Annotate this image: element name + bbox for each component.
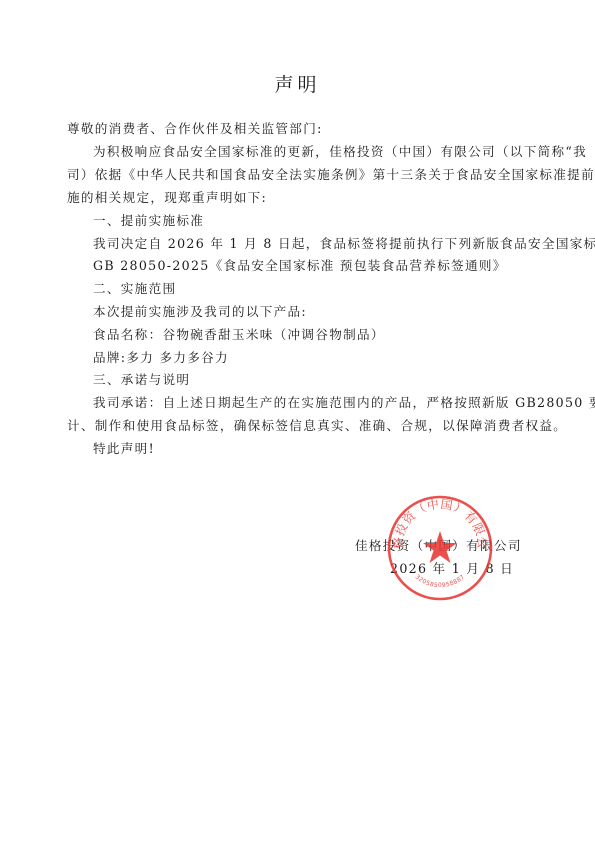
intro-line-3: 施的相关规定，现郑重声明如下: [67, 190, 537, 206]
section-1-heading: 一、提前实施标准 [93, 213, 563, 229]
section-1-line-1: 我司决定自 2026 年 1 月 8 日起，食品标签将提前执行下列新版食品安全国… [93, 236, 563, 252]
section-2-line-1: 本次提前实施涉及我司的以下产品: [93, 304, 563, 320]
section-2-line-2: 食品名称：谷物碗香甜玉米味（冲调谷物制品） [93, 327, 563, 343]
salutation: 尊敬的消费者、合作伙伴及相关监管部门: [67, 121, 537, 137]
svg-text:3205850958887: 3205850958887 [414, 573, 467, 589]
intro-line-2: 司）依据《中华人民共和国食品安全法实施条例》第十三条关于食品安全国家标准提前实 [67, 167, 537, 183]
closing: 特此声明! [93, 441, 563, 457]
section-3-heading: 三、承诺与说明 [93, 372, 563, 388]
section-2-line-3: 品牌:多力 多力多谷力 [93, 350, 563, 366]
company-seal-icon: 佳格投资（中国）有限公司 3205850958887 [385, 493, 495, 603]
section-3-line-1: 我司承诺：自上述日期起生产的在实施范围内的产品，严格按照新版 GB28050 要… [93, 395, 563, 411]
document-title: 声明 [0, 70, 595, 97]
section-2-heading: 二、实施范围 [93, 281, 563, 297]
section-3-line-2: 计、制作和使用食品标签，确保标签信息真实、准确、合规，以保障消费者权益。 [67, 418, 537, 434]
intro-line-1: 为积极响应食品安全国家标准的更新，佳格投资（中国）有限公司（以下简称“我 [93, 144, 563, 160]
section-1-line-2: GB 28050-2025《食品安全国家标准 预包装食品营养标签通则》 [93, 258, 563, 274]
